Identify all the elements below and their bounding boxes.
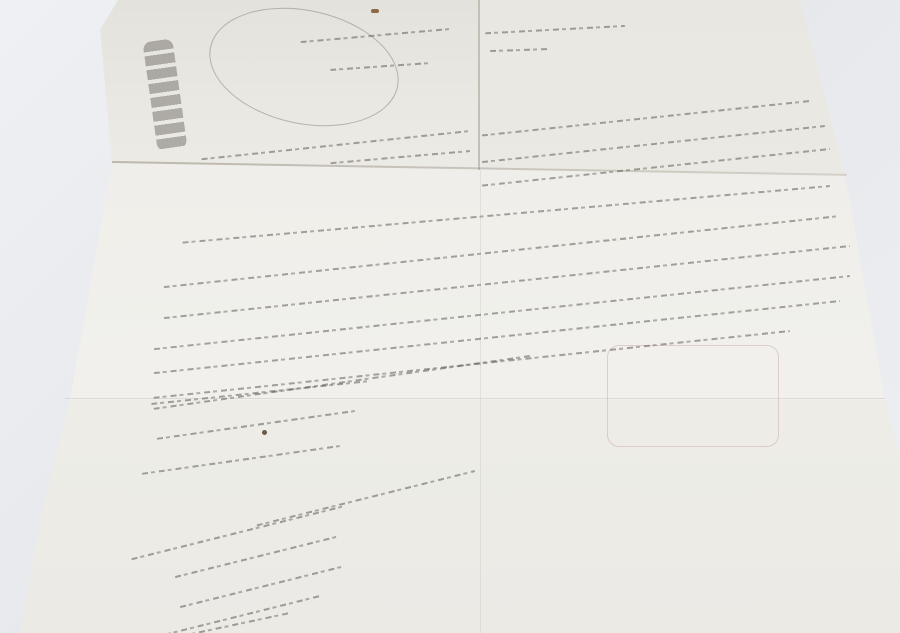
fold-line-vertical <box>478 0 480 170</box>
stain-spot <box>371 9 379 13</box>
ink-spot <box>262 430 267 435</box>
fold-line-vertical-faint <box>480 170 481 633</box>
document-paper <box>0 0 900 633</box>
rectangular-stamp <box>607 345 779 447</box>
